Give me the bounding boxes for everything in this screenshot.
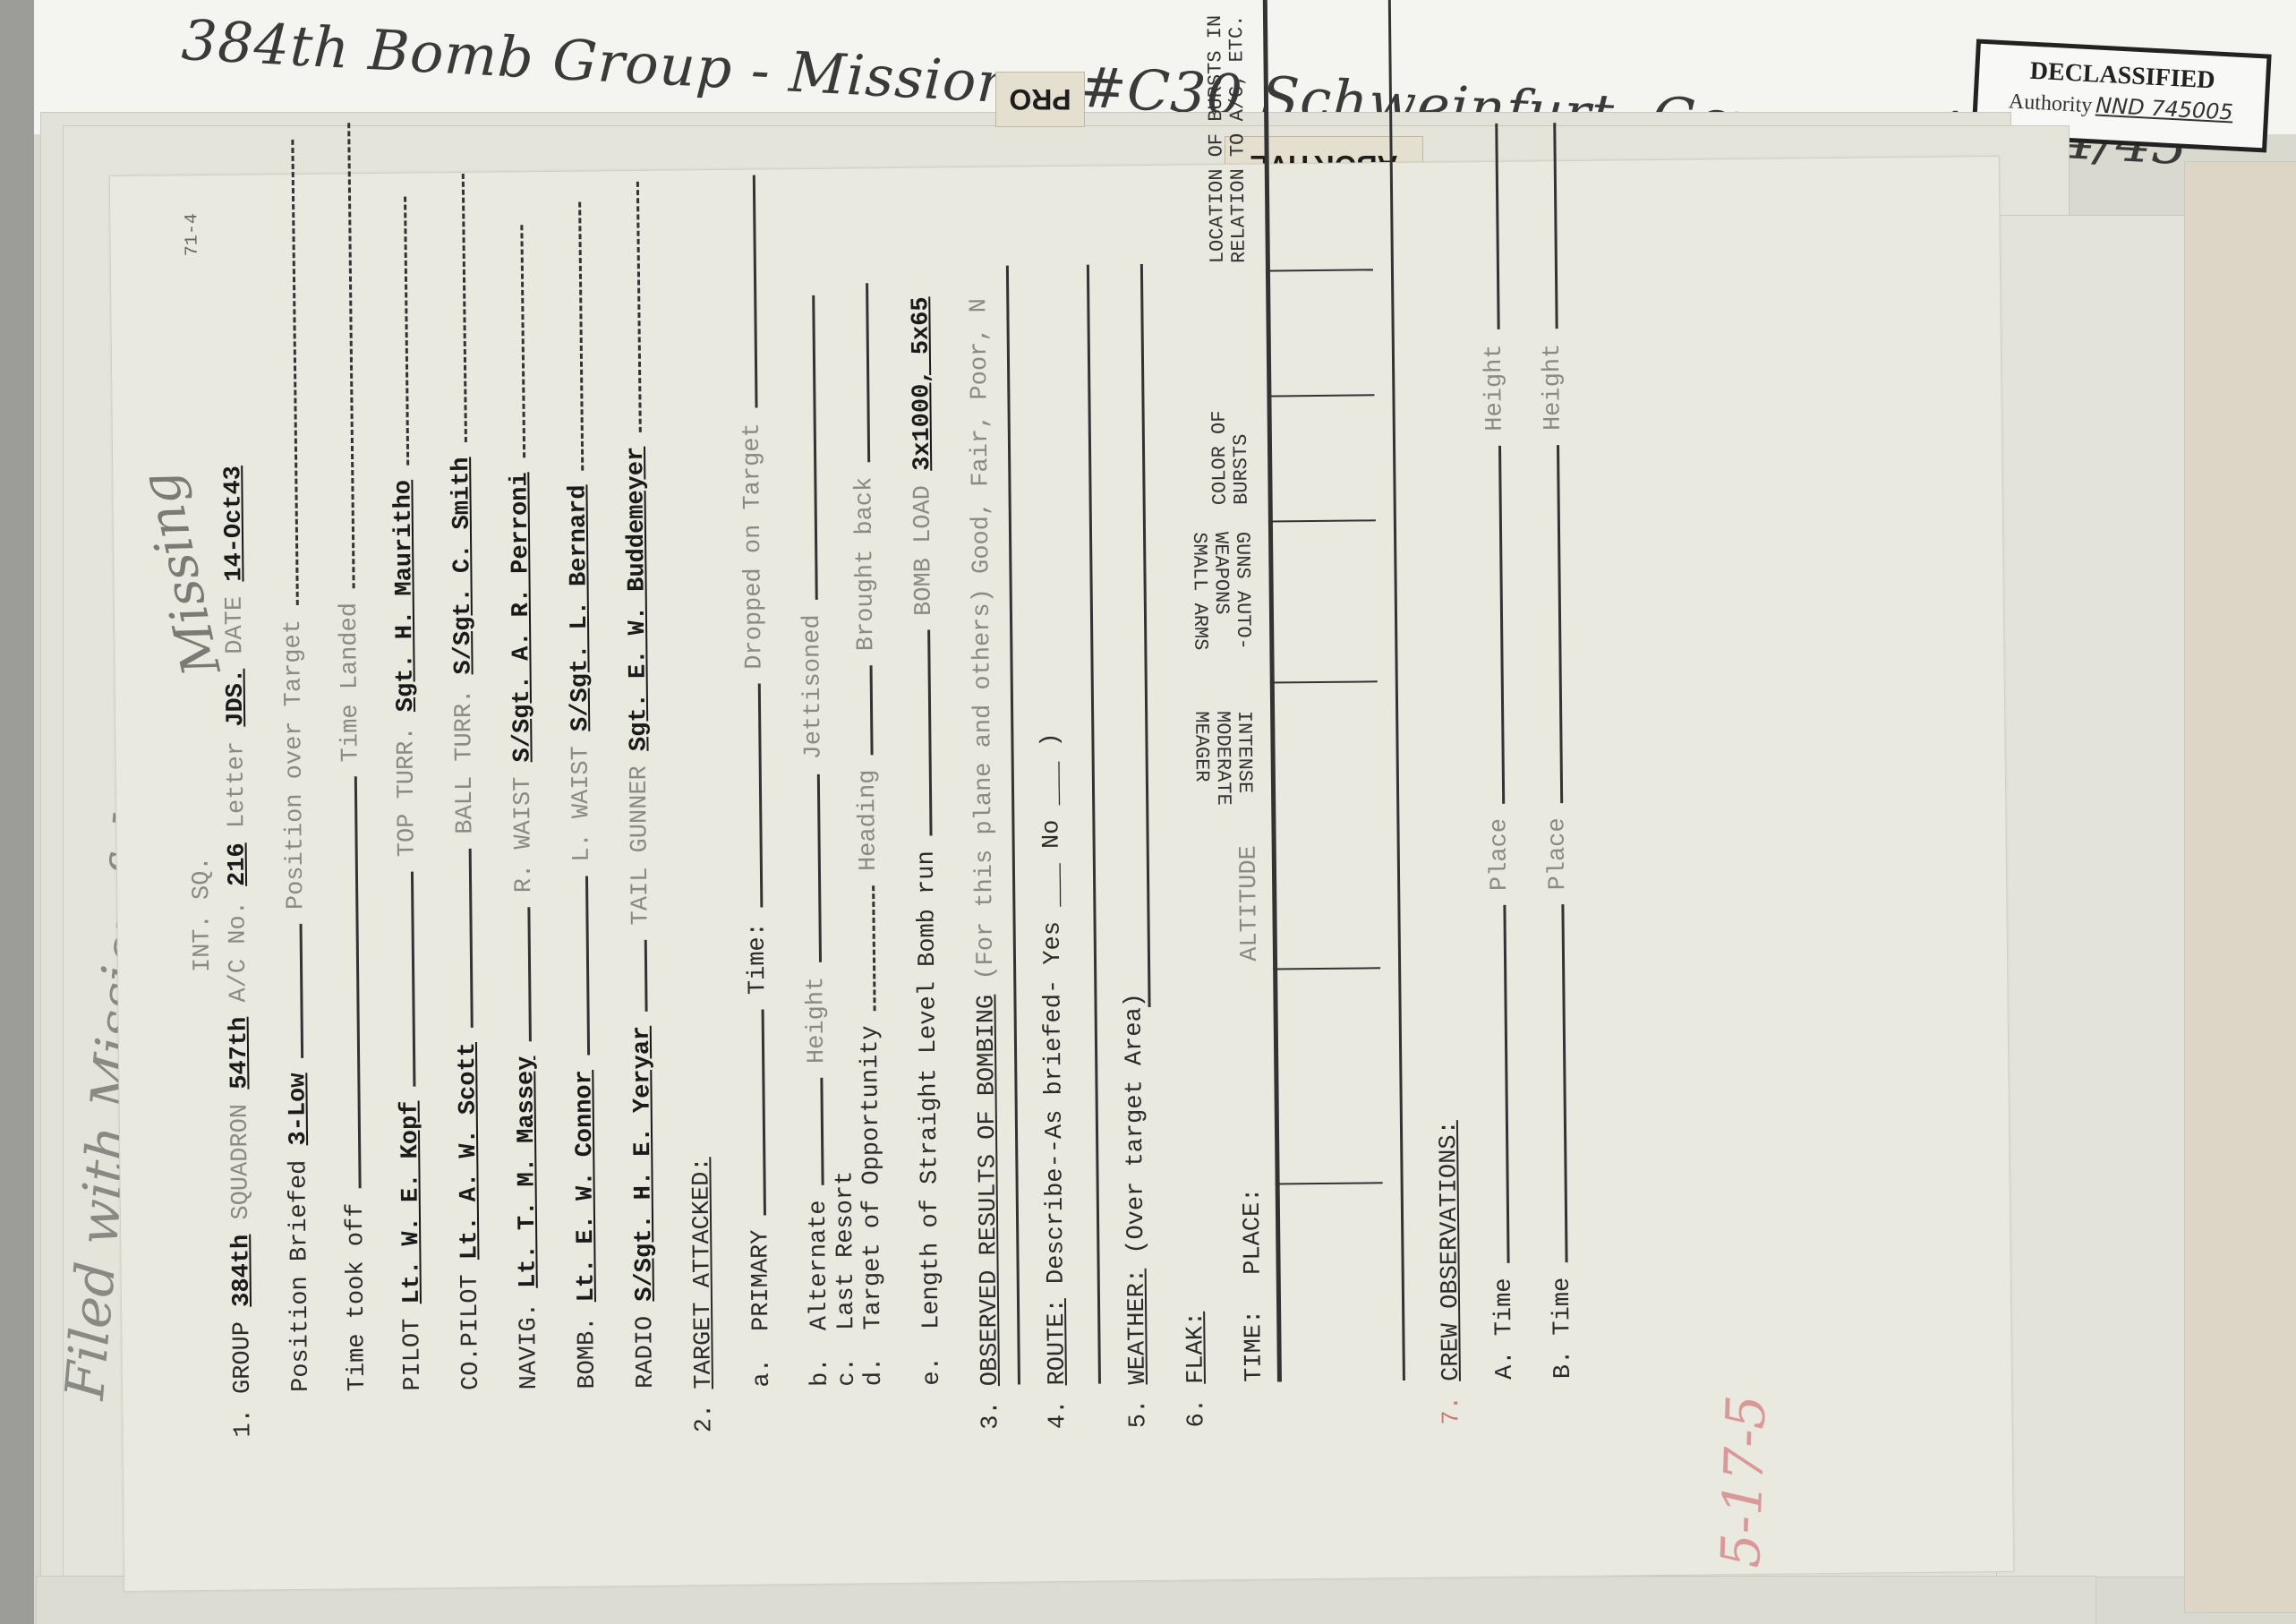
section-7-number: 7. — [1438, 1396, 1465, 1425]
row-letter: B. — [1550, 1350, 1577, 1380]
item-letter: a. — [749, 1358, 776, 1388]
brought-back-line — [866, 283, 870, 462]
flak-type-label: GUNS AUTO-WEAPONS SMALL ARMS — [1188, 532, 1254, 685]
crew-obs-row-a: A. Time Place Height — [1479, 124, 1519, 1380]
section-3: 3. OBSERVED RESULTS OF BOMBING (For this… — [966, 298, 1004, 1430]
form-header-faint: INT. SQ. — [189, 856, 217, 972]
item-letter: c. — [834, 1357, 861, 1387]
weather-title: WEATHER: — [1124, 1269, 1152, 1385]
flak-col-divider — [1267, 394, 1374, 397]
obs-place-line — [1498, 446, 1505, 804]
flak-col-divider — [1273, 967, 1380, 970]
obs-place-line — [1557, 445, 1563, 803]
flak-col-divider — [1268, 519, 1376, 522]
section-1-number: 1. — [230, 1408, 257, 1438]
flak-col-divider — [1276, 1182, 1383, 1184]
time-line — [758, 684, 764, 908]
heading-line — [870, 665, 874, 755]
paper-stack-right — [1996, 215, 2195, 1577]
obs-height-line — [1553, 123, 1558, 329]
crew-name: Lt. E. W. Connor — [571, 1070, 601, 1303]
time-label: Time: — [745, 922, 772, 995]
observed-results-title: OBSERVED RESULTS OF BOMBING — [973, 995, 1004, 1387]
obs-height-label: Height — [1540, 344, 1567, 432]
section-6: 6. FLAK: — [1182, 1312, 1210, 1428]
bomb-load-value: 3x1000, 5x65 — [908, 296, 936, 471]
jettisoned-label: Jettisoned — [799, 614, 828, 759]
crew-role: NAVIG. — [516, 1303, 543, 1390]
weather-text: (Over target Area) — [1121, 993, 1150, 1254]
section-5-rule — [1140, 264, 1151, 1007]
group-line: 1. GROUP 384th SQUADRON 547th A/C No. 21… — [220, 466, 257, 1438]
flak-bottom-rule — [1387, 0, 1405, 1380]
target-row-b: b. Alternate Height Jettisoned — [796, 295, 834, 1387]
target-of-opportunity-label: Target of Opportunity — [858, 1025, 888, 1330]
brought-back-label: Brought back — [851, 477, 880, 652]
flak-type-header: GUNS AUTO-WEAPONS SMALL ARMS — [1188, 532, 1254, 685]
flak-time-label: TIME: — [1241, 1310, 1268, 1382]
observed-results-text: (For this plane and others) Good, Fair, … — [966, 298, 1000, 980]
crew-role: CO.PILOT — [457, 1274, 485, 1390]
time-line: Time took off Time Landed — [331, 123, 371, 1392]
section-2-number: 2. — [691, 1404, 718, 1433]
flak-color-header: COLOR OF BURSTS — [1208, 397, 1252, 505]
time-took-off-label: Time took off — [343, 1202, 371, 1391]
flak-color-label: COLOR OF BURSTS — [1208, 410, 1253, 505]
obs-place-label: Place — [1544, 817, 1572, 890]
crew-role: RADIO — [632, 1316, 660, 1389]
crew-role: TOP TURR. — [393, 726, 422, 857]
letter-label: Letter — [223, 741, 251, 829]
obs-height-line — [1495, 124, 1499, 329]
crew-name: Lt. T. M. Massey — [513, 1056, 542, 1288]
section-3-rule — [1006, 266, 1020, 1385]
flak-location-header: LOCATION OF BURSTS IN RELATION TO A/C, E… — [1204, 0, 1250, 263]
position-line: Position Briefed 3-Low Position over Tar… — [275, 140, 315, 1392]
crew-name: S/Sgt. A. R. Perroni — [507, 472, 536, 762]
flak-title: FLAK: — [1182, 1312, 1210, 1384]
aircraft-value: 216 — [225, 842, 252, 886]
section-4-rule — [1087, 265, 1101, 1384]
crew-line — [411, 871, 416, 1086]
row-letter: A. — [1492, 1350, 1519, 1380]
crew-name: Lt. A. W. Scott — [455, 1042, 484, 1260]
position-briefed-line — [300, 924, 304, 1058]
height-label: Height — [803, 977, 831, 1064]
section-6-number: 6. — [1183, 1398, 1210, 1428]
manila-folder-edge — [2184, 161, 2296, 1613]
crew-name: Sgt. E. W. Buddemeyer — [623, 447, 653, 752]
section-4-number: 4. — [1045, 1400, 1071, 1430]
obs-time-label: Time — [1491, 1278, 1519, 1336]
crew-role: L. WAIST — [568, 746, 595, 862]
position-briefed-label: Position Briefed — [286, 1160, 315, 1393]
obs-place-label: Place — [1486, 818, 1514, 891]
flak-place-label: PLACE: — [1240, 1187, 1267, 1275]
bomb-load-label: BOMB LOAD — [909, 485, 938, 616]
crew-obs-row-b: B. Time Place Height — [1537, 123, 1577, 1379]
crew-line — [527, 907, 532, 1041]
crew-name: Lt. W. E. Kopf — [397, 1100, 426, 1303]
section-5: 5. WEATHER: (Over target Area) — [1121, 993, 1152, 1428]
target-row-c: c. Last Resort — [832, 1171, 861, 1387]
aircraft-label: A/C No. — [225, 901, 252, 1003]
position-over-target-line — [291, 140, 298, 605]
authority-value: NND 745005 — [2095, 93, 2234, 125]
group-value: 384th — [228, 1235, 256, 1307]
route-text: Describe--As briefed- Yes ___ No ___ ) — [1037, 732, 1070, 1284]
last-resort-label: Last Resort — [832, 1171, 860, 1331]
squadron-value: 547th — [226, 1017, 254, 1090]
bomb-run-label: Length of Straight Level Bomb run — [914, 850, 946, 1329]
section-5-number: 5. — [1125, 1399, 1152, 1429]
position-over-target-label: Position over Target — [280, 620, 310, 910]
crew-row: CO.PILOT Lt. A. W. Scott BALL TURR. S/Sg… — [446, 174, 485, 1390]
crew-line — [520, 225, 525, 457]
form-content: INT. SQ. 1. GROUP 384th SQUADRON 547th A… — [110, 157, 2013, 1591]
squadron-label: SQUADRON — [227, 1104, 255, 1220]
crew-row: BOMB. Lt. E. W. Connor L. WAIST S/Sgt. L… — [562, 201, 602, 1389]
position-briefed-value: 3-Low — [285, 1073, 312, 1145]
crew-role: BALL TURR. — [451, 689, 480, 834]
obs-time-label: Time — [1549, 1278, 1577, 1336]
height-line — [817, 774, 822, 962]
crew-row: RADIO S/Sgt. H. E. Yeryar TAIL GUNNER Sg… — [620, 181, 660, 1389]
alternate-line — [820, 1078, 824, 1185]
section-7: 7. CREW OBSERVATIONS: — [1436, 1120, 1466, 1425]
target-row-a: a. PRIMARY Time: Dropped on Target — [737, 175, 776, 1388]
crew-line — [585, 876, 590, 1056]
obs-time-line — [1561, 904, 1567, 1262]
alternate-label: Alternate — [806, 1200, 834, 1330]
flak-intensity-header: INTENSE MODERATE MEAGER — [1190, 711, 1255, 837]
missing-handwritten-note: Missing — [128, 466, 233, 681]
time-landed-label: Time Landed — [337, 603, 365, 763]
crew-line — [636, 182, 642, 432]
crew-role: TAIL GUNNER — [627, 765, 655, 926]
crew-row: PILOT Lt. W. E. Kopf TOP TURR. Sgt. H. M… — [388, 197, 427, 1391]
crew-line — [404, 197, 409, 466]
tab-pro-label: PRO — [1009, 85, 1071, 114]
flak-altitude-label: ALTITUDE — [1236, 845, 1264, 962]
section-3-number: 3. — [977, 1400, 1004, 1430]
item-letter: b. — [807, 1357, 834, 1387]
primary-label: PRIMARY — [747, 1229, 775, 1331]
crew-name: Sgt. H. Mauritho — [390, 480, 420, 713]
flak-intensity-label: INTENSE MODERATE MEAGER — [1190, 711, 1255, 837]
obs-time-line — [1503, 905, 1509, 1263]
item-letter: e. — [919, 1356, 946, 1386]
bomb-run-line — [927, 630, 932, 836]
mission-report-form: 71-4 INT. SQ. 1. GROUP 384th SQUADRON 54… — [109, 156, 2014, 1592]
crew-name: S/Sgt. C. Smith — [448, 457, 478, 674]
crew-row: NAVIG. Lt. T. M. Massey R. WAIST S/Sgt. … — [504, 225, 543, 1389]
obs-height-label: Height — [1481, 344, 1509, 432]
crew-name: S/Sgt. L. Bernard — [565, 484, 594, 731]
dropped-line — [753, 175, 758, 408]
route-title: ROUTE: — [1044, 1298, 1071, 1386]
desk-edge — [0, 0, 34, 1624]
jettisoned-line — [812, 295, 818, 600]
flak-location-label: LOCATION OF BURSTS IN RELATION TO A/C, E… — [1204, 15, 1250, 264]
heading-label: Heading — [855, 769, 883, 871]
crew-line — [644, 940, 648, 1012]
dropped-on-target-label: Dropped on Target — [739, 423, 769, 670]
section-4: 4. ROUTE: Describe--As briefed- Yes ___ … — [1037, 732, 1071, 1429]
crew-role: PILOT — [399, 1318, 427, 1390]
crew-role: R. WAIST — [510, 776, 538, 893]
crew-line — [469, 849, 474, 1028]
crew-line — [462, 174, 467, 442]
crew-observations-title: CREW OBSERVATIONS: — [1436, 1120, 1465, 1381]
time-took-off-line — [354, 776, 362, 1188]
section-2-title: 2. TARGET ATTACKED: — [688, 1157, 718, 1432]
item-letter: d. — [861, 1357, 888, 1387]
group-label: GROUP — [229, 1321, 257, 1394]
crew-role: BOMB. — [574, 1316, 602, 1389]
tab-pro[interactable]: PRO — [995, 72, 1085, 127]
crew-name: S/Sgt. H. E. Yeryar — [629, 1026, 659, 1302]
flak-col-divider — [1270, 680, 1378, 683]
primary-line — [762, 1009, 766, 1215]
crew-line — [578, 201, 584, 470]
time-landed-line — [347, 123, 354, 588]
date-value: 14-Oct43 — [220, 466, 248, 582]
target-row-e: e. Length of Straight Level Bomb run BOM… — [908, 296, 946, 1385]
red-pencil-mark: 5-17-5 — [1710, 1394, 1779, 1569]
authority-label: Authority — [2008, 90, 2093, 117]
target-attacked-title: TARGET ATTACKED: — [688, 1157, 718, 1389]
letter-value: JDS. — [223, 669, 251, 727]
flak-header-rule — [1262, 0, 1282, 1382]
flak-col-divider — [1266, 269, 1373, 271]
opportunity-line — [872, 885, 875, 1011]
